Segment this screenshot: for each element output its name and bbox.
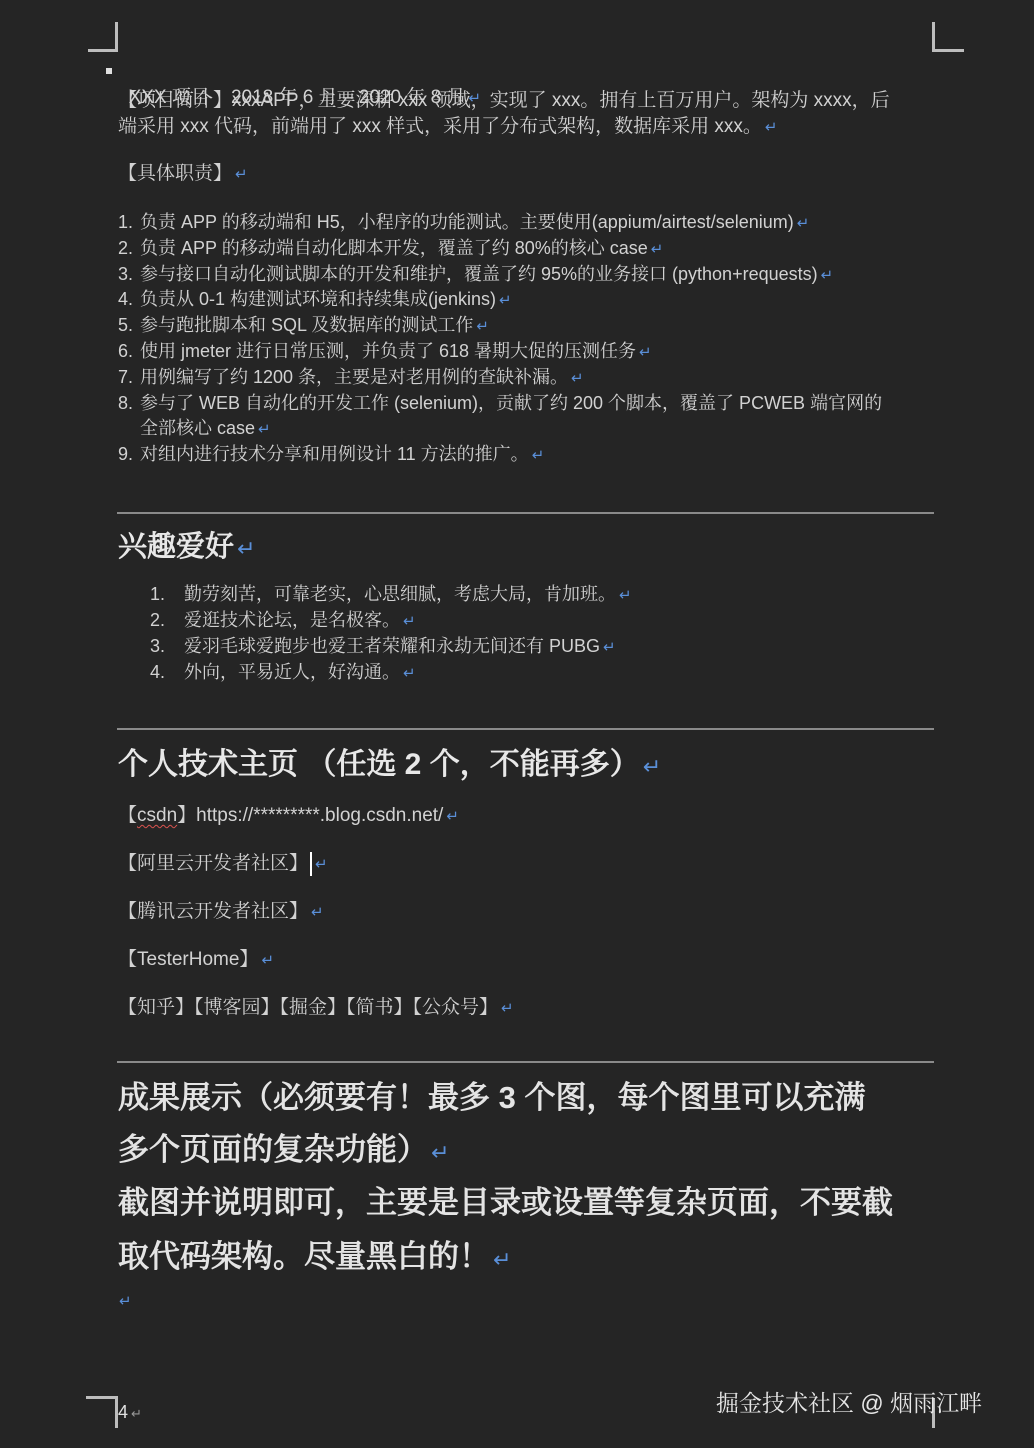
list-number: 6. bbox=[118, 339, 140, 365]
list-item-text: 爱羽毛球爱跑步也爱王者荣耀和永劫无间还有 PUBG bbox=[184, 636, 600, 656]
hobbies-heading[interactable]: 兴趣爱好↵ bbox=[118, 529, 255, 567]
paragraph-mark-icon: ↵ bbox=[501, 1000, 514, 1017]
square-bullet-icon bbox=[106, 68, 112, 74]
list-number: 3. bbox=[150, 633, 184, 659]
paragraph-mark-icon: ↵ bbox=[131, 1406, 142, 1421]
list-item[interactable]: 4.负责从 0-1 构建测试环境和持续集成(jenkins)↵ bbox=[118, 287, 882, 313]
empty-paragraph[interactable]: ↵ bbox=[116, 1292, 132, 1311]
list-item[interactable]: 4.外向，平易近人，好沟通。↵ bbox=[150, 659, 632, 685]
list-item-text: 使用 jmeter 进行日常压测，并负责了 618 暑期大促的压测任务 bbox=[140, 341, 636, 361]
hobbies-heading-text: 兴趣爱好 bbox=[118, 531, 234, 563]
paragraph-mark-icon: ↵ bbox=[476, 318, 489, 335]
responsibilities-label[interactable]: 【具体职责】↵ bbox=[118, 161, 248, 188]
list-item[interactable]: 8.参与了 WEB 自动化的开发工作 (selenium)，贡献了约 200 个… bbox=[118, 391, 882, 417]
project-intro-text: 【项目简介】xxxAPP，主要深耕 xxx 领域，实现了 xxx。拥有上百万用户… bbox=[118, 90, 890, 111]
list-item-text: 外向，平易近人，好沟通。 bbox=[184, 662, 400, 682]
list-number: 7. bbox=[118, 365, 140, 391]
list-item[interactable]: 1.负责 APP 的移动端和 H5，小程序的功能测试。主要使用(appium/a… bbox=[118, 210, 882, 236]
paragraph-mark-icon: ↵ bbox=[643, 754, 661, 779]
paragraph-mark-icon: ↵ bbox=[261, 952, 274, 969]
project-intro-line-2[interactable]: 端采用 xxx 代码，前端用了 xxx 样式，采用了分布式架构，数据库采用 xx… bbox=[118, 114, 777, 141]
paragraph-mark-icon: ↵ bbox=[603, 639, 616, 656]
list-item[interactable]: 6.使用 jmeter 进行日常压测，并负责了 618 暑期大促的压测任务↵ bbox=[118, 339, 882, 365]
list-item[interactable]: 7.用例编写了约 1200 条，主要是对老用例的查缺补漏。↵ bbox=[118, 365, 882, 391]
list-number: 4. bbox=[150, 659, 184, 685]
list-item[interactable]: 2.负责 APP 的移动端自动化脚本开发，覆盖了约 80%的核心 case↵ bbox=[118, 236, 882, 262]
list-item-text: 负责从 0-1 构建测试环境和持续集成(jenkins) bbox=[140, 289, 496, 309]
list-number: 2. bbox=[118, 236, 140, 262]
tech-pages-heading[interactable]: 个人技术主页 （任选 2 个，不能再多）↵ bbox=[118, 746, 661, 786]
list-number: 5. bbox=[118, 313, 140, 339]
page-number: 4↵ bbox=[118, 1402, 142, 1423]
list-number: 8. bbox=[118, 391, 140, 417]
showcase-note-text: 截图并说明即可，主要是目录或设置等复杂页面，不要截 bbox=[118, 1185, 893, 1220]
list-number: 4. bbox=[118, 287, 140, 313]
paragraph-mark-icon: ↵ bbox=[119, 1293, 132, 1310]
list-item-text: 勤劳刻苦，可靠老实，心思细腻，考虑大局，肯加班。 bbox=[184, 584, 616, 604]
paragraph-mark-icon: ↵ bbox=[797, 215, 810, 232]
paragraph-mark-icon: ↵ bbox=[431, 1140, 449, 1165]
paragraph-mark-icon: ↵ bbox=[651, 241, 664, 258]
project-intro-text: 端采用 xxx 代码，前端用了 xxx 样式，采用了分布式架构，数据库采用 xx… bbox=[118, 116, 762, 137]
showcase-note-line-1[interactable]: 截图并说明即可，主要是目录或设置等复杂页面，不要截 bbox=[118, 1177, 893, 1229]
list-item-text: 负责 APP 的移动端和 H5，小程序的功能测试。主要使用(appium/air… bbox=[140, 212, 794, 232]
list-number: 2. bbox=[150, 607, 184, 633]
list-item-text: 负责 APP 的移动端自动化脚本开发，覆盖了约 80%的核心 case bbox=[140, 238, 648, 258]
list-item-text: 参与了 WEB 自动化的开发工作 (selenium)，贡献了约 200 个脚本… bbox=[140, 393, 882, 413]
section-divider bbox=[117, 512, 934, 514]
list-item[interactable]: 3.参与接口自动化测试脚本的开发和维护，覆盖了约 95%的业务接口 (pytho… bbox=[118, 262, 882, 288]
list-item[interactable]: 9.对组内进行技术分享和用例设计 11 方法的推广。↵ bbox=[118, 442, 882, 468]
list-item-text: 参与接口自动化测试脚本的开发和维护，覆盖了约 95%的业务接口 (python+… bbox=[140, 264, 818, 284]
aliyun-label: 【阿里云开发者社区】 bbox=[118, 853, 308, 874]
list-item[interactable]: 2.爱逛技术论坛，是名极客。↵ bbox=[150, 607, 632, 633]
list-item-text: 爱逛技术论坛，是名极客。 bbox=[184, 610, 400, 630]
testerhome-line[interactable]: 【TesterHome】↵ bbox=[118, 944, 274, 971]
responsibilities-list: 1.负责 APP 的移动端和 H5，小程序的功能测试。主要使用(appium/a… bbox=[118, 210, 882, 468]
list-number: 3. bbox=[118, 262, 140, 288]
paragraph-mark-icon: ↵ bbox=[821, 267, 834, 284]
section-divider bbox=[117, 1061, 934, 1063]
page-number-text: 4 bbox=[118, 1402, 128, 1422]
other-platforms-line[interactable]: 【知乎】【博客园】【掘金】【简书】【公众号】↵ bbox=[118, 992, 514, 1019]
tencent-line[interactable]: 【腾讯云开发者社区】↵ bbox=[118, 896, 324, 923]
paragraph-mark-icon: ↵ bbox=[258, 421, 271, 438]
showcase-heading-text: 多个页面的复杂功能） bbox=[118, 1132, 428, 1167]
section-divider bbox=[117, 728, 934, 730]
paragraph-mark-icon: ↵ bbox=[493, 1247, 511, 1272]
list-number: 1. bbox=[150, 581, 184, 607]
list-number: 1. bbox=[118, 210, 140, 236]
aliyun-line[interactable]: 【阿里云开发者社区】↵ bbox=[118, 848, 328, 876]
paragraph-mark-icon: ↵ bbox=[315, 856, 328, 873]
paragraph-mark-icon: ↵ bbox=[311, 904, 324, 921]
paragraph-mark-icon: ↵ bbox=[237, 536, 255, 561]
list-number: 9. bbox=[118, 442, 140, 468]
list-item[interactable]: 5.参与跑批脚本和 SQL 及数据库的测试工作↵ bbox=[118, 313, 882, 339]
responsibilities-label-text: 【具体职责】 bbox=[118, 163, 232, 184]
list-item-text: 对组内进行技术分享和用例设计 11 方法的推广。 bbox=[140, 444, 529, 464]
list-item[interactable]: 1.勤劳刻苦，可靠老实，心思细腻，考虑大局，肯加班。↵ bbox=[150, 581, 632, 607]
paragraph-mark-icon: ↵ bbox=[571, 370, 584, 387]
watermark: 掘金技术社区 @ 烟雨江畔 bbox=[716, 1385, 982, 1418]
list-item-text: 参与跑批脚本和 SQL 及数据库的测试工作 bbox=[140, 315, 473, 335]
showcase-heading-text: 成果展示（必须要有！最多 3 个图，每个图里可以充满 bbox=[118, 1080, 865, 1115]
list-item-continuation[interactable]: 全部核心 case↵ bbox=[118, 416, 882, 442]
paragraph-mark-icon: ↵ bbox=[403, 665, 416, 682]
bracket: 】 bbox=[177, 805, 196, 826]
testerhome-label: 【TesterHome】 bbox=[118, 949, 258, 970]
project-intro-line-1[interactable]: 【项目简介】xxxAPP，主要深耕 xxx 领域，实现了 xxx。拥有上百万用户… bbox=[118, 88, 890, 114]
paragraph-mark-icon: ↵ bbox=[639, 344, 652, 361]
paragraph-mark-icon: ↵ bbox=[765, 119, 778, 136]
crop-mark-bottom-left bbox=[86, 1396, 118, 1428]
list-item[interactable]: 3.爱羽毛球爱跑步也爱王者荣耀和永劫无间还有 PUBG↵ bbox=[150, 633, 632, 659]
hobbies-list: 1.勤劳刻苦，可靠老实，心思细腻，考虑大局，肯加班。↵ 2.爱逛技术论坛，是名极… bbox=[150, 581, 632, 685]
paragraph-mark-icon: ↵ bbox=[619, 587, 632, 604]
crop-mark-top-left bbox=[88, 22, 118, 52]
other-platforms-label: 【知乎】【博客园】【掘金】【简书】【公众号】 bbox=[118, 997, 498, 1018]
csdn-label: csdn bbox=[137, 805, 177, 826]
showcase-heading-line-1[interactable]: 成果展示（必须要有！最多 3 个图，每个图里可以充满 bbox=[118, 1072, 865, 1124]
text-cursor bbox=[310, 852, 312, 876]
tech-pages-heading-text: 个人技术主页 （任选 2 个，不能再多） bbox=[118, 748, 640, 781]
crop-mark-top-right bbox=[932, 22, 964, 52]
paragraph-mark-icon: ↵ bbox=[499, 292, 512, 309]
paragraph-mark-icon: ↵ bbox=[403, 613, 416, 630]
paragraph-mark-icon: ↵ bbox=[235, 166, 248, 183]
list-item-text: 用例编写了约 1200 条，主要是对老用例的查缺补漏。 bbox=[140, 367, 568, 387]
showcase-heading-line-2[interactable]: 多个页面的复杂功能）↵ bbox=[118, 1124, 449, 1179]
csdn-link-line[interactable]: 【csdn】https://*********.blog.csdn.net/↵ bbox=[118, 800, 459, 827]
showcase-note-line-2[interactable]: 取代码架构。尽量黑白的！↵ bbox=[118, 1231, 511, 1286]
list-item-text: 全部核心 case bbox=[140, 418, 255, 438]
showcase-note-text: 取代码架构。尽量黑白的！ bbox=[118, 1239, 490, 1274]
tencent-label: 【腾讯云开发者社区】 bbox=[118, 901, 308, 922]
csdn-url[interactable]: https://*********.blog.csdn.net/ bbox=[196, 805, 443, 826]
paragraph-mark-icon: ↵ bbox=[532, 447, 545, 464]
paragraph-mark-icon: ↵ bbox=[446, 808, 459, 825]
bracket: 【 bbox=[118, 805, 137, 826]
